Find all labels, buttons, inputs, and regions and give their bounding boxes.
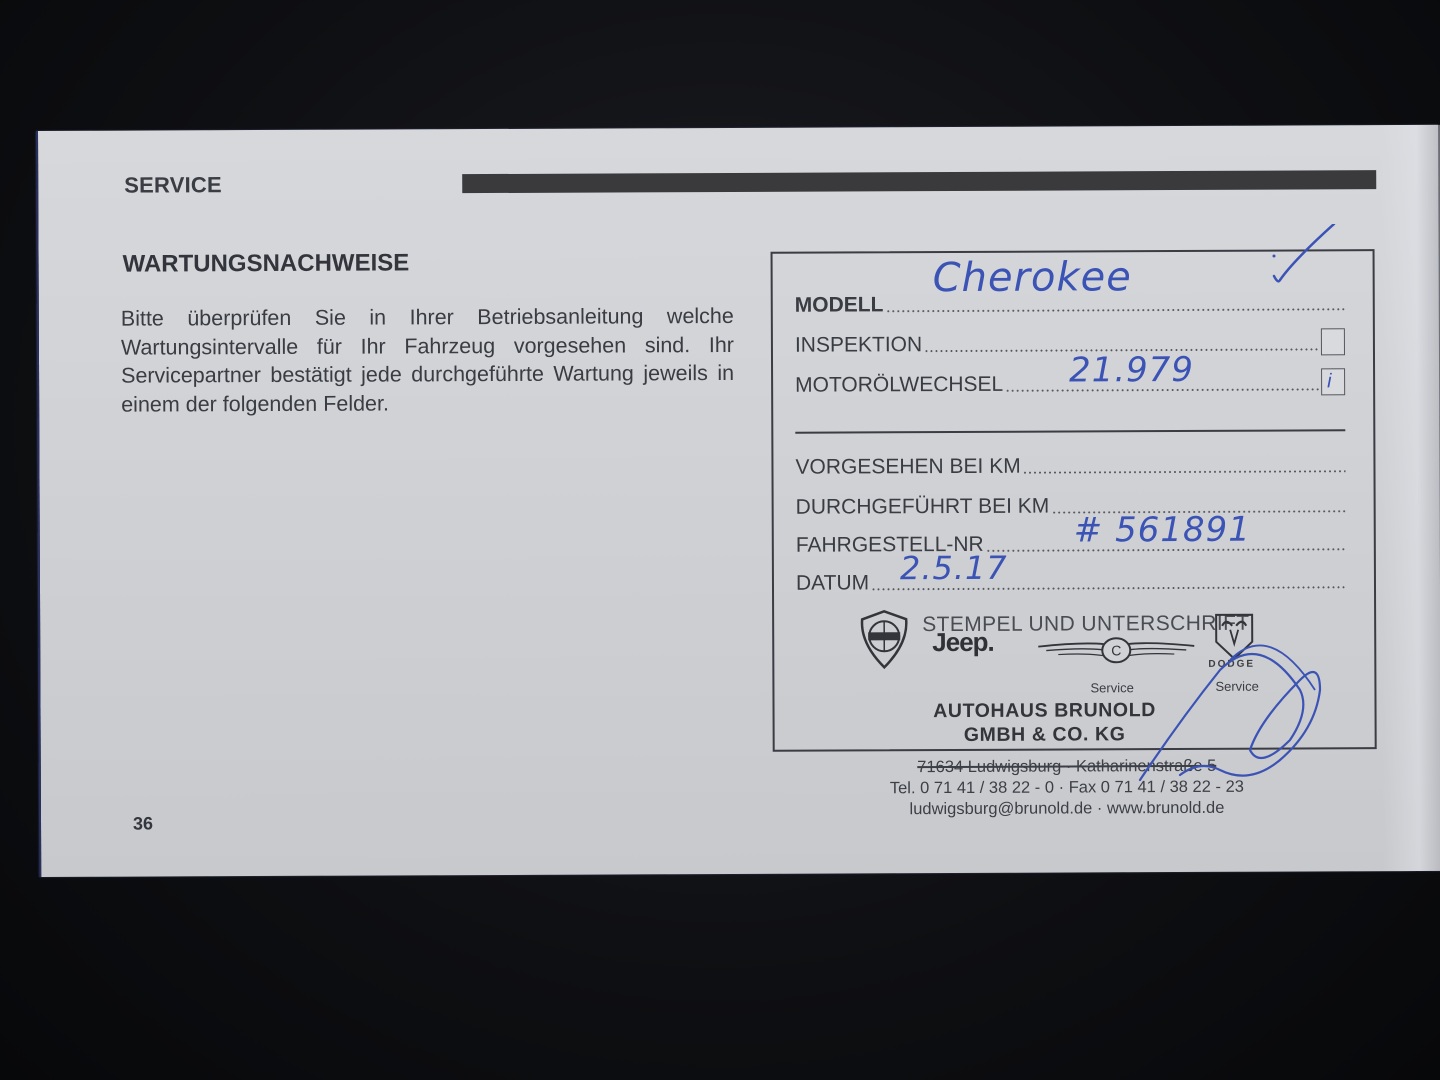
dealer-address: 71634 Ludwigsburg · Katharinenstraße 5 T… bbox=[847, 756, 1287, 821]
field-label: MOTORÖLWECHSEL bbox=[795, 373, 1003, 398]
field-vorgesehen-km: VORGESEHEN BEI KM bbox=[795, 447, 1345, 479]
web-line: ludwigsburg@brunold.de · www.brunold.de bbox=[847, 798, 1287, 821]
field-durchgefuehrt-km: DURCHGEFÜHRT BEI KM bbox=[796, 487, 1346, 519]
phone-line: Tel. 0 71 41 / 38 22 - 0 · Fax 0 71 41 /… bbox=[847, 777, 1287, 800]
chrysler-wings-icon: C bbox=[1036, 632, 1196, 669]
section-header-bar bbox=[462, 170, 1376, 193]
field-label: MODELL bbox=[795, 293, 884, 317]
handwritten-datum[interactable]: 2.5.17 bbox=[900, 549, 1008, 587]
lancia-logo-icon bbox=[858, 609, 910, 669]
dodge-service-label: Service bbox=[1215, 679, 1258, 694]
service-record-form: MODELL INSPEKTION MOTORÖLWECHSEL i VORGE… bbox=[771, 249, 1377, 752]
dotted-line bbox=[885, 308, 1344, 312]
jeep-logo: Jeep. bbox=[932, 627, 994, 658]
service-booklet-page: SERVICE WARTUNGSNACHWEISE Bitte überprüf… bbox=[36, 125, 1440, 877]
field-label: DURCHGEFÜHRT BEI KM bbox=[796, 495, 1050, 520]
handwritten-oil-km[interactable]: 21.979 bbox=[1069, 350, 1194, 391]
page-heading: WARTUNGSNACHWEISE bbox=[123, 249, 410, 278]
field-label: VORGESEHEN BEI KM bbox=[795, 455, 1020, 480]
checkbox-ink-mark: i bbox=[1322, 369, 1344, 393]
field-label: INSPEKTION bbox=[795, 333, 922, 358]
field-fahrgestell-nr: FAHRGESTELL-NR bbox=[796, 525, 1346, 557]
field-datum: DATUM bbox=[796, 563, 1346, 595]
svg-text:C: C bbox=[1111, 642, 1121, 658]
motoroelwechsel-checkbox[interactable]: i bbox=[1321, 368, 1345, 395]
inspektion-checkbox[interactable] bbox=[1321, 328, 1345, 355]
handwritten-fahrgestell[interactable]: # 561891 bbox=[1074, 510, 1251, 551]
dotted-line bbox=[1023, 470, 1346, 473]
dealer-name: AUTOHAUS BRUNOLD GMBH & CO. KG bbox=[894, 698, 1194, 747]
dodge-label: DODGE bbox=[1208, 659, 1255, 670]
instruction-text: Bitte überprüfen Sie in Ihrer Betriebsan… bbox=[121, 302, 734, 419]
form-divider bbox=[795, 429, 1345, 433]
address-line: 71634 Ludwigsburg · Katharinenstraße 5 bbox=[847, 756, 1287, 779]
section-label: SERVICE bbox=[124, 172, 222, 198]
handwritten-modell[interactable]: Cherokee bbox=[933, 254, 1132, 301]
field-label: DATUM bbox=[796, 571, 869, 595]
dodge-ram-logo-icon bbox=[1212, 612, 1256, 662]
page-number: 36 bbox=[133, 813, 153, 834]
page-edge bbox=[1380, 125, 1440, 871]
chrysler-service-label: Service bbox=[1090, 680, 1133, 695]
